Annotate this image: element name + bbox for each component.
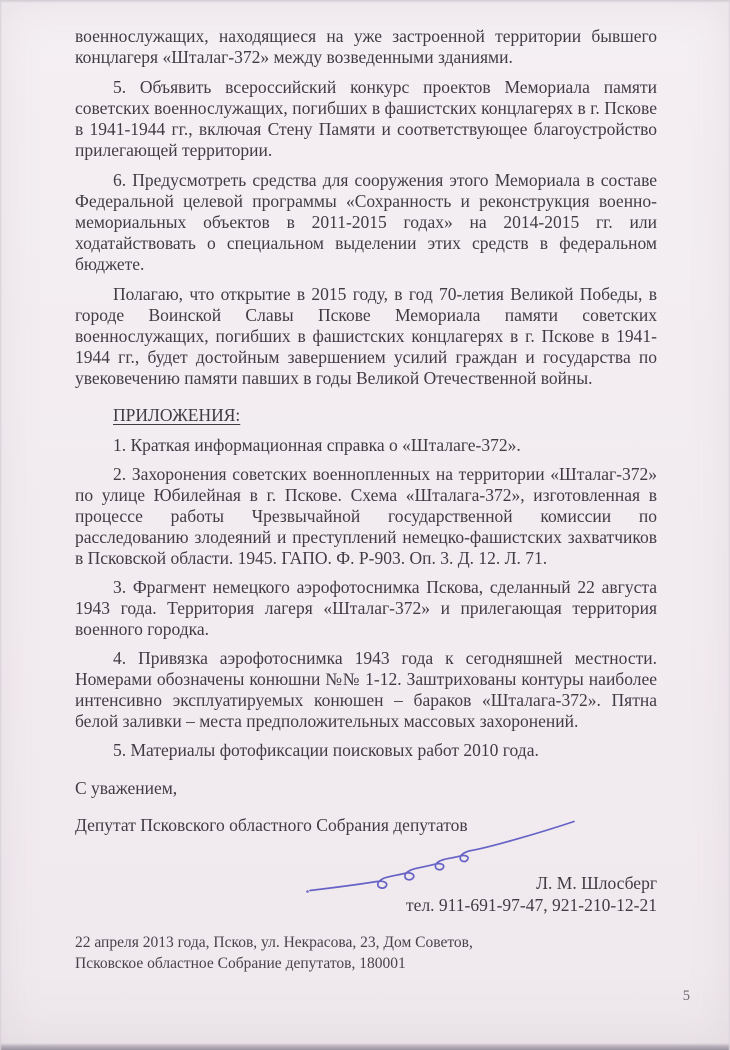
scan-edge-bottom [0, 1043, 730, 1050]
paragraph-conclusion: Полагаю, что открытие в 2015 году, в год… [75, 284, 657, 389]
scan-edge-left [0, 0, 2, 1050]
footer-line-2: Псковское областное Собрание депутатов, … [75, 953, 657, 974]
footer-line-1: 22 апреля 2013 года, Псков, ул. Некрасов… [75, 932, 657, 953]
signatory-phone: тел. 911-691-97-47, 921-210-12-21 [75, 894, 657, 916]
attachments-heading-text: ПРИЛОЖЕНИЯ: [113, 405, 240, 425]
attachment-item-5: 5. Материалы фотофиксации поисковых рабо… [75, 740, 657, 761]
paragraph-point-5: 5. Объявить всероссийский конкурс проект… [75, 77, 657, 161]
scanned-letter-page: военнослужащих, находящиеся на уже застр… [0, 0, 730, 1050]
attachment-item-1: 1. Краткая информационная справка о «Шта… [75, 435, 657, 456]
handwritten-signature-icon [303, 815, 581, 897]
attachment-item-2: 2. Захоронения советских военнопленных н… [75, 464, 657, 569]
page-number: 5 [683, 988, 690, 1005]
attachments-heading: ПРИЛОЖЕНИЯ: [75, 405, 657, 426]
footer-address: 22 апреля 2013 года, Псков, ул. Некрасов… [75, 932, 657, 974]
paragraph-point-6: 6. Предусмотреть средства для сооружения… [75, 170, 657, 275]
paragraph-continuation: военнослужащих, находящиеся на уже застр… [75, 26, 657, 68]
scan-edge-top [0, 0, 730, 3]
attachment-item-4: 4. Привязка аэрофотоснимка 1943 года к с… [75, 648, 657, 732]
attachment-item-3: 3. Фрагмент немецкого аэрофотоснимка Пск… [75, 577, 657, 640]
closing-salutation: С уважением, [75, 778, 657, 799]
